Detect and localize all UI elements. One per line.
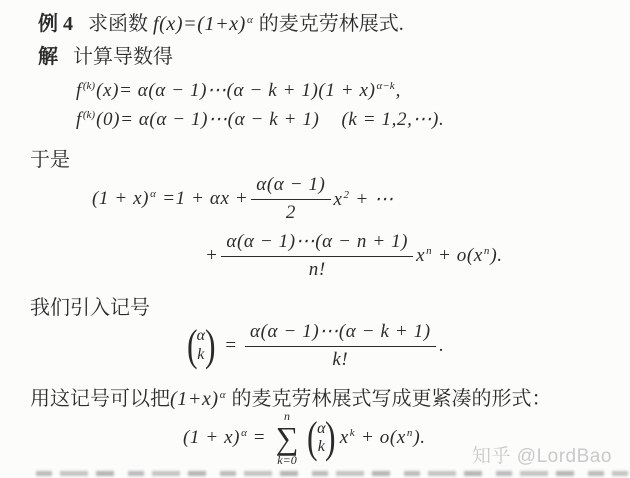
example-label: 例 4 xyxy=(38,13,73,35)
deriv-0-condition: (k = 1,2,⋯). xyxy=(341,109,444,130)
sum-lower-limit: k=0 xyxy=(277,454,296,466)
expansion1-x-sup: 2 xyxy=(344,189,350,201)
compact-tail-group: xk + o(xn). xyxy=(340,427,426,449)
expansion1-frac-num: α(α − 1) xyxy=(251,174,330,200)
expansion2-fraction: α(α − 1)⋯(α − n + 1) n! xyxy=(221,230,413,281)
example-math-sup: α xyxy=(247,14,253,26)
deriv-x-order: (k) xyxy=(83,80,95,92)
derivative-x-formula: f(k)(x)= α(α − 1)⋯(α − k + 1)(1 + x)α−k, xyxy=(76,79,401,102)
deriv-0-f: f xyxy=(76,109,82,130)
expansion2-tail-end: ). xyxy=(490,245,502,266)
binom-frac-den: k! xyxy=(332,347,348,371)
expansion1-tail-group: x2 + ⋯ xyxy=(334,188,394,211)
deriv-x-comma: , xyxy=(396,80,401,101)
expansion-line2: + α(α − 1)⋯(α − n + 1) n! xn + o(xn). xyxy=(205,230,503,281)
compact-x-sup: k xyxy=(350,427,355,439)
compact-equals: = xyxy=(254,427,265,449)
deriv-0-product: α(α − 1)⋯(α − k + 1) xyxy=(139,109,320,130)
compact-tail-end: ). xyxy=(413,427,425,448)
expansion2-tail-sup: n xyxy=(484,245,490,257)
expansion2-tail-group: xn + o(xn). xyxy=(416,245,503,267)
binom-fraction: α(α − 1)⋯(α − k + 1) k! xyxy=(245,320,436,371)
expansion2-frac-num: α(α − 1)⋯(α − n + 1) xyxy=(221,230,413,257)
compact-intro-math: (1+x) xyxy=(170,388,219,410)
binom-definition-formula: ( α k ) = α(α − 1)⋯(α − k + 1) k! . xyxy=(183,320,443,371)
example-text-pre: 求函数 xyxy=(88,13,153,35)
summation-symbol: n ∑ k=0 xyxy=(276,410,299,466)
expansion2-frac-den: n! xyxy=(309,257,326,281)
example-text-post: 的麦克劳林展式. xyxy=(254,13,404,35)
compact-lhs-group: (1 + x)α xyxy=(183,427,248,449)
expansion2-tail-start: + o(x xyxy=(433,245,483,266)
notation-intro: 我们引入记号 xyxy=(30,291,150,320)
solution-text: 计算导数得 xyxy=(73,46,173,68)
expansion2-x: x xyxy=(416,245,425,266)
binom-symbol: ( α k ) xyxy=(185,326,217,366)
compact-x: x xyxy=(340,427,349,448)
example-math: f(x)=(1+x) xyxy=(153,13,246,35)
expansion1-fraction: α(α − 1) 2 xyxy=(251,174,330,224)
expansion1-lhs-base: (1 + x) xyxy=(92,188,149,209)
expansion1-frac-den: 2 xyxy=(286,200,296,224)
then-label: 于是 xyxy=(30,143,70,172)
binom-paren-left: ( xyxy=(187,326,198,366)
derivative-0-formula: f(k)(0)= α(α − 1)⋯(α − k + 1)(k = 1,2,⋯)… xyxy=(76,108,444,131)
expansion-line1: (1 + x)α =1 + αx + α(α − 1) 2 x2 + ⋯ xyxy=(92,174,394,224)
compact-intro-math-sup: α xyxy=(220,389,226,401)
compact-binom-paren-right: ) xyxy=(325,418,336,458)
deriv-x-product: α(α − 1)⋯(α − k + 1)(1 + x) xyxy=(138,80,376,101)
compact-tail-start: + o(x xyxy=(356,427,406,448)
deriv-x-f: f xyxy=(76,80,82,101)
compact-intro-post: 的麦克劳林展式写成更紧凑的形式： xyxy=(226,388,551,410)
deriv-0-order: (k) xyxy=(83,109,95,121)
compact-intro-pre: 用这记号可以把 xyxy=(30,388,170,410)
deriv-x-arg: (x)= xyxy=(96,80,138,101)
binom-frac-num: α(α − 1)⋯(α − k + 1) xyxy=(245,320,436,347)
example-heading: 例 4求函数 f(x)=(1+x)α 的麦克劳林展式. xyxy=(38,7,404,36)
sigma-icon: ∑ xyxy=(276,422,299,454)
zhihu-watermark: 知乎 @LordBao xyxy=(472,441,612,468)
solution-label: 解 xyxy=(38,46,58,68)
cutoff-text-strip xyxy=(36,471,628,476)
binom-bottom: k xyxy=(197,346,205,364)
binom-equals: = xyxy=(225,335,236,357)
expansion2-plus: + xyxy=(205,245,218,267)
compact-formula: (1 + x)α = n ∑ k=0 ( α k ) xk + o(xn). xyxy=(183,410,426,466)
compact-lhs-sup: α xyxy=(241,427,247,439)
binom-paren-right: ) xyxy=(205,326,216,366)
compact-lhs: (1 + x) xyxy=(183,427,240,448)
expansion1-lhs-sup: α xyxy=(150,188,156,200)
deriv-x-exponent: α−k xyxy=(377,80,395,92)
expansion1-lhs: (1 + x)α =1 + αx + xyxy=(92,188,248,210)
solution-heading: 解计算导数得 xyxy=(38,40,173,69)
expansion1-rhs-start: =1 + αx + xyxy=(157,188,248,209)
compact-binom-paren-left: ( xyxy=(307,418,318,458)
expansion2-x-sup: n xyxy=(426,245,432,257)
compact-binom-symbol: ( α k ) xyxy=(305,418,337,458)
compact-intro: 用这记号可以把(1+x)α 的麦克劳林展式写成更紧凑的形式： xyxy=(30,382,551,411)
compact-tail-sup: n xyxy=(407,427,413,439)
deriv-0-arg: (0)= xyxy=(96,109,139,130)
binom-period: . xyxy=(439,335,444,357)
expansion1-tail: + ⋯ xyxy=(350,189,394,210)
expansion1-x: x xyxy=(334,189,343,210)
